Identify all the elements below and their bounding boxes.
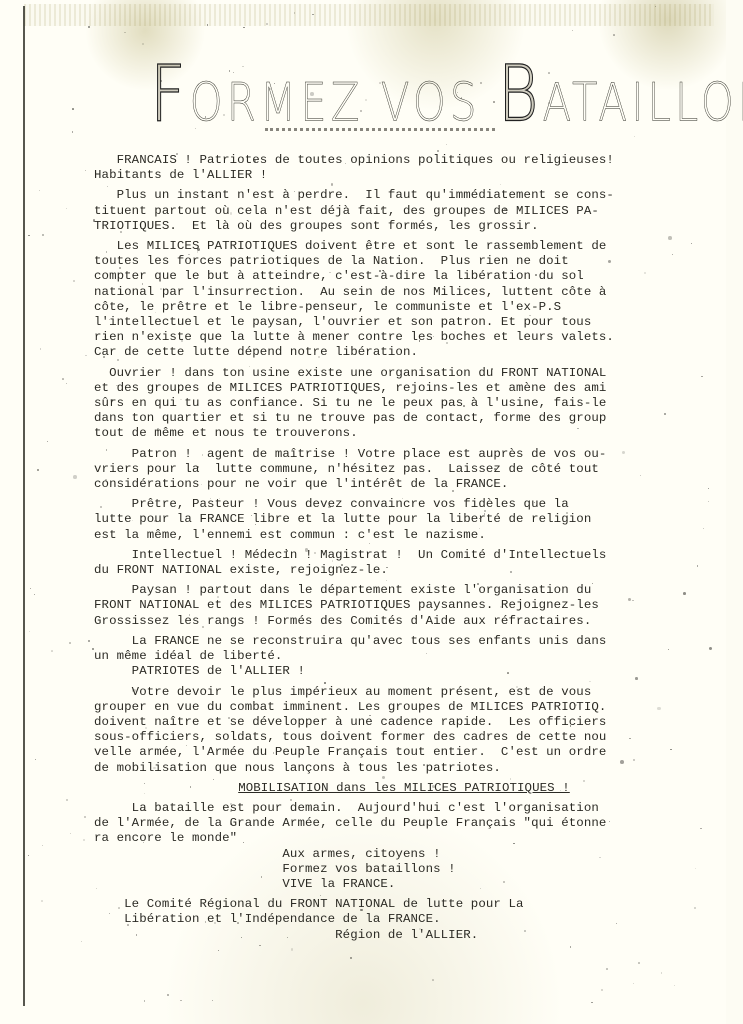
text-line: un même idéal de liberté. — [94, 649, 714, 664]
scan-speck — [286, 550, 288, 552]
paragraph-p5: Patron ! agent de maîtrise ! Votre place… — [94, 447, 714, 493]
paragraph-p6: Prêtre, Pasteur ! Vous devez convaincre … — [94, 497, 714, 543]
scan-speck — [181, 340, 182, 341]
scan-speck — [69, 642, 71, 644]
scan-speck — [70, 833, 71, 834]
scan-speck — [144, 1000, 145, 1001]
scan-speck — [365, 99, 367, 101]
scan-speck — [127, 924, 129, 926]
text-line: du FRONT NATIONAL existe, rejoignez-le. — [94, 563, 714, 578]
scan-speck — [72, 131, 74, 133]
scan-speck — [310, 693, 311, 694]
scan-speck — [691, 243, 692, 244]
scan-speck — [437, 150, 439, 152]
paragraph-p7: Intellectuel ! Médecin ! Magistrat ! Un … — [94, 548, 714, 578]
scan-speck — [548, 102, 550, 104]
scan-speck — [493, 101, 495, 103]
signature-block: Le Comité Régional du FRONT NATIONAL de … — [94, 897, 714, 943]
text-line: compter que le but à atteindre, c'est-à-… — [94, 269, 714, 284]
scan-speck — [167, 994, 169, 996]
section-heading: MOBILISATION dans les MILICES PATRIOTIQU… — [94, 781, 714, 796]
text-line: Car de cette lutte dépend notre libérati… — [94, 345, 714, 360]
scan-speck — [566, 512, 568, 514]
text-line: Votre devoir le plus impérieux au moment… — [94, 685, 714, 700]
text-line: Région de l'ALLIER. — [94, 928, 714, 943]
scan-speck — [494, 468, 496, 470]
title-text-part1: ormez vos — [190, 72, 498, 133]
scan-speck — [341, 564, 343, 566]
scan-speck — [40, 348, 41, 349]
scan-speck — [120, 231, 122, 233]
title-initial-b: B — [498, 48, 543, 139]
scan-speck — [601, 989, 603, 991]
scan-speck — [142, 283, 143, 284]
scan-speck — [379, 82, 381, 84]
scan-speck — [132, 689, 135, 692]
scanned-document-page: Formez vos Bataillons FRANCAIS ! Patriot… — [0, 0, 726, 1024]
scan-speck — [143, 842, 144, 843]
text-line: sous-officiers, soldats, tous doivent fo… — [94, 730, 714, 745]
scan-speck — [668, 236, 672, 240]
title-dotted-rule — [265, 128, 495, 135]
scan-speck — [230, 803, 231, 804]
scan-speck — [72, 108, 74, 110]
scan-speck — [633, 983, 634, 984]
scan-speck — [47, 441, 48, 442]
scan-speck — [73, 475, 77, 479]
scan-speck — [432, 785, 435, 788]
paragraph-p1: FRANCAIS ! Patriotes de toutes opinions … — [94, 153, 714, 183]
scan-speck — [503, 881, 505, 883]
text-line: l'intellectuel et le paysan, l'ouvrier e… — [94, 315, 714, 330]
scan-speck — [312, 14, 314, 16]
text-line: FRANCAIS ! Patriotes de toutes opinions … — [94, 153, 714, 168]
scan-speck — [85, 355, 87, 357]
text-line: Les MILICES PATRIOTIQUES doivent être et… — [94, 239, 714, 254]
scan-speck — [606, 968, 608, 970]
scan-speck — [155, 312, 156, 313]
scan-speck — [42, 234, 44, 236]
document-body: FRANCAIS ! Patriotes de toutes opinions … — [94, 153, 714, 948]
text-line: côte, le prêtre et le libre-penseur, le … — [94, 300, 714, 315]
scan-speck — [570, 946, 571, 947]
scan-speck — [160, 288, 162, 290]
scan-speck — [83, 839, 85, 841]
scan-speck — [37, 469, 39, 471]
scan-speck — [664, 413, 666, 415]
text-line: Libération et l'Indépendance de la FRANC… — [94, 912, 714, 927]
scan-speck — [379, 270, 380, 271]
scan-speck — [104, 336, 105, 337]
scan-speck — [500, 606, 502, 608]
scan-speck — [674, 985, 675, 986]
scan-speck — [314, 552, 316, 554]
scan-speck — [318, 356, 320, 358]
text-line: Formez vos bataillons ! — [94, 862, 714, 877]
scan-speck — [28, 855, 29, 856]
scan-speck — [432, 979, 434, 981]
scan-speck — [103, 356, 105, 358]
scan-speck — [135, 571, 137, 573]
scan-speck — [153, 767, 155, 769]
scan-speck — [119, 267, 121, 269]
paragraph-p3: Les MILICES PATRIOTIQUES doivent être et… — [94, 239, 714, 361]
scan-speck — [84, 816, 86, 818]
scan-speck — [320, 895, 321, 896]
scan-speck — [88, 26, 90, 28]
scan-speck — [446, 144, 447, 145]
text-line: toutes les forces patriotiques de la Nat… — [94, 254, 714, 269]
scan-speck — [287, 937, 288, 938]
scan-speck — [331, 183, 333, 185]
scan-speck — [243, 27, 245, 29]
text-line: VIVE la FRANCE. — [94, 877, 714, 892]
text-line: Plus un instant n'est à perdre. Il faut … — [94, 188, 714, 203]
document-title: Formez vos Bataillons — [150, 48, 640, 136]
scan-speck — [197, 466, 199, 468]
scan-speck — [88, 640, 90, 642]
scan-speck — [28, 235, 30, 237]
scan-speck — [29, 631, 31, 633]
section-heading-text: MOBILISATION dans les MILICES PATRIOTIQU… — [238, 781, 570, 795]
paragraph-p4: Ouvrier ! dans ton usine existe une orga… — [94, 366, 714, 442]
text-line: Aux armes, citoyens ! — [94, 847, 714, 862]
scan-speck — [635, 677, 638, 680]
scan-speck — [228, 717, 230, 719]
paragraph-p9: La FRANCE ne se reconstruira qu'avec tou… — [94, 634, 714, 680]
scan-speck — [237, 922, 239, 924]
text-line: sûrs en qui tu as confiance. Si tu ne le… — [94, 396, 714, 411]
scan-speck — [572, 30, 573, 31]
text-line: rien n'existe que la lutte à mener contr… — [94, 330, 714, 345]
scan-speck — [124, 32, 126, 34]
scan-speck — [324, 682, 325, 683]
scan-speck — [160, 80, 162, 82]
scan-speck — [700, 828, 701, 829]
text-line: Grossissez les rangs ! Formés des Comité… — [94, 614, 714, 629]
scan-speck — [708, 501, 709, 502]
scan-speck — [42, 845, 44, 847]
closing-paragraph: La bataille est pour demain. Aujourd'hui… — [94, 801, 714, 892]
text-line: Prêtre, Pasteur ! Vous devez convaincre … — [94, 497, 714, 512]
scan-speck — [291, 948, 293, 950]
text-line: La FRANCE ne se reconstruira qu'avec tou… — [94, 634, 714, 649]
scan-speck — [93, 219, 95, 221]
left-margin-rule — [23, 6, 25, 1006]
scan-speck — [701, 376, 702, 377]
text-line: de l'Armée, de la Grande Armée, celle du… — [94, 816, 714, 831]
paragraph-p8: Paysan ! partout dans le département exi… — [94, 583, 714, 629]
scan-speck — [230, 212, 232, 214]
scan-speck — [310, 92, 314, 96]
paragraph-p2: Plus un instant n'est à perdre. Il faut … — [94, 188, 714, 234]
scan-speck — [360, 909, 362, 911]
scan-speck — [491, 368, 493, 370]
text-line: FRONT NATIONAL et des MILICES PATRIOTIQU… — [94, 598, 714, 613]
scan-speck — [214, 922, 216, 924]
scan-speck — [217, 596, 219, 598]
scan-speck — [111, 399, 113, 401]
scan-speck — [34, 594, 36, 596]
scan-speck — [423, 764, 425, 766]
scan-speck — [415, 718, 416, 719]
scan-speck — [218, 950, 219, 951]
scan-speck — [634, 136, 635, 137]
text-line: grouper en vue du combat imminent. Les g… — [94, 700, 714, 715]
scan-speck — [613, 34, 615, 36]
scan-speck — [157, 428, 159, 430]
scan-speck — [205, 921, 206, 922]
text-line: doivent naître et se développer à une ca… — [94, 715, 714, 730]
text-line: national par l'insurrection. Au sein de … — [94, 285, 714, 300]
scan-speck — [96, 888, 97, 889]
scan-speck — [305, 548, 309, 552]
scan-speck — [638, 962, 640, 964]
scan-speck — [212, 1000, 213, 1001]
scan-speck — [30, 588, 31, 589]
scan-speck — [633, 759, 634, 760]
text-line: Ouvrier ! dans ton usine existe une orga… — [94, 366, 714, 381]
title-text-part2: ataillons — [542, 72, 743, 133]
scan-speck — [329, 272, 331, 274]
scan-speck — [350, 957, 351, 958]
scan-speck — [66, 208, 67, 209]
scan-speck — [62, 378, 64, 380]
scan-speck — [144, 793, 145, 794]
scan-speck — [661, 972, 663, 974]
scan-speck — [484, 513, 486, 515]
scan-speck — [118, 907, 120, 909]
scan-speck — [230, 823, 232, 825]
text-line: Paysan ! partout dans le département exi… — [94, 583, 714, 598]
text-line: tituent partout où cela n'est déjà fait,… — [94, 204, 714, 219]
text-line: lutte pour la FRANCE libre et la lutte p… — [94, 512, 714, 527]
scan-speck — [73, 280, 75, 282]
scan-speck — [385, 246, 386, 247]
scan-speck — [709, 647, 712, 650]
text-line: ra encore le monde" — [94, 831, 714, 846]
text-line: tout de même et nous te trouverons. — [94, 426, 714, 441]
scan-speck — [582, 823, 583, 824]
scan-speck — [548, 72, 550, 74]
scan-speck — [230, 810, 232, 812]
scan-speck — [85, 170, 87, 172]
scan-speck — [589, 681, 590, 682]
scan-speck — [66, 799, 69, 802]
scan-speck — [255, 524, 256, 525]
text-line: velle armée, l'Armée du Peuple Français … — [94, 745, 714, 760]
scan-noise-band — [24, 4, 714, 26]
scan-speck — [510, 778, 512, 780]
scan-speck — [66, 383, 67, 384]
title-initial-f: F — [150, 48, 190, 139]
scan-speck — [254, 160, 256, 162]
scan-speck — [622, 451, 625, 454]
scan-speck — [142, 43, 144, 45]
text-line: Le Comité Régional du FRONT NATIONAL de … — [94, 897, 714, 912]
text-line: Habitants de l'ALLIER ! — [94, 168, 714, 183]
scan-speck — [559, 420, 560, 421]
scan-speck — [620, 760, 624, 764]
scan-speck — [484, 510, 486, 512]
scan-speck — [35, 759, 36, 760]
scan-speck — [117, 359, 119, 361]
scan-speck — [149, 353, 151, 355]
scan-speck — [144, 783, 145, 784]
scan-speck — [81, 941, 82, 942]
text-line: TRIOTIQUES. Et là où des groupes sont fo… — [94, 219, 714, 234]
scan-speck — [683, 592, 686, 595]
text-line: est la même, l'ennemi est commun : c'est… — [94, 528, 714, 543]
text-line: Intellectuel ! Médecin ! Magistrat ! Un … — [94, 548, 714, 563]
text-line: La bataille est pour demain. Aujourd'hui… — [94, 801, 714, 816]
text-line: considérations pour ne voir que l'intérê… — [94, 477, 714, 492]
scan-speck — [591, 1002, 592, 1003]
scan-speck — [590, 470, 591, 471]
scan-speck — [430, 451, 431, 452]
text-line: Patron ! agent de maîtrise ! Votre place… — [94, 447, 714, 462]
text-line: vriers pour la lutte commune, n'hésitez … — [94, 462, 714, 477]
text-line: et des groupes de MILICES PATRIOTIQUES, … — [94, 381, 714, 396]
text-line: dans ton quartier et si tu ne trouve pas… — [94, 411, 714, 426]
scan-speck — [180, 1000, 182, 1002]
scan-speck — [41, 900, 43, 902]
scan-speck — [39, 190, 40, 191]
scan-speck — [51, 650, 53, 652]
scan-speck — [535, 274, 537, 276]
scan-speck — [229, 70, 231, 72]
text-line: PATRIOTES de l'ALLIER ! — [94, 664, 714, 679]
